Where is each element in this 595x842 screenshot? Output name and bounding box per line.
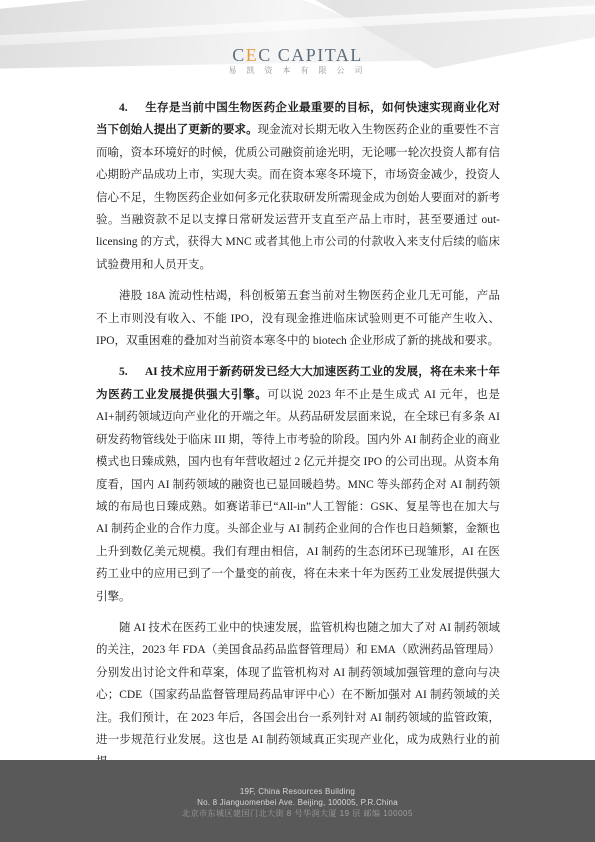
document-body: 4.生存是当前中国生物医药企业最重要的目标，如何快速实现商业化对当下创始人提出了… <box>0 88 595 774</box>
footer-address-line-1: 19F, China Resources Building <box>0 786 595 797</box>
logo-accent-letter: E <box>246 45 259 65</box>
paragraph-regulation: 随 AI 技术在医药工业中的快速发展，监管机构也随之加大了对 AI 制药领域的关… <box>96 617 500 774</box>
paragraph-text: 现金流对长期无收入生物医药企业的重要性不言而喻，资本环境好的时候，优质公司融资前… <box>96 124 500 270</box>
paragraph-number: 5. <box>119 366 128 378</box>
company-logo-wordmark: CEC CAPITAL <box>0 46 595 64</box>
footer-address-line-3: 北京市东城区建国门北大街 8 号华润大厦 19 层 邮编 100005 <box>0 808 595 820</box>
paragraph-hkex-18a: 港股 18A 流动性枯竭，科创板第五套当前对生物医药企业几无可能，产品不上市则没… <box>96 285 500 352</box>
paragraph-text: 随 AI 技术在医药工业中的快速发展，监管机构也随之加大了对 AI 制药领域的关… <box>96 622 500 768</box>
company-logo-chinese-name: 易 凯 资 本 有 限 公 司 <box>0 67 595 75</box>
footer-address-bar: 19F, China Resources Building No. 8 Jian… <box>0 760 595 842</box>
paragraph-text: 可以说 2023 年不止是生成式 AI 元年，也是 AI+制药领域迈向产业化的开… <box>96 389 500 603</box>
paragraph-4: 4.生存是当前中国生物医药企业最重要的目标，如何快速实现商业化对当下创始人提出了… <box>96 97 500 276</box>
logo-letters: C CAPITAL <box>258 45 363 65</box>
header-banner: CEC CAPITAL 易 凯 资 本 有 限 公 司 <box>0 0 595 88</box>
logo-letter: C <box>232 45 246 65</box>
document-page: CEC CAPITAL 易 凯 资 本 有 限 公 司 4.生存是当前中国生物医… <box>0 0 595 842</box>
paragraph-5: 5.AI 技术应用于新药研发已经大大加速医药工业的发展，将在未来十年为医药工业发… <box>96 361 500 607</box>
paragraph-text: 港股 18A 流动性枯竭，科创板第五套当前对生物医药企业几无可能，产品不上市则没… <box>96 290 500 347</box>
footer-address-line-2: No. 8 Jianguomenbei Ave. Beijing, 100005… <box>0 797 595 808</box>
paragraph-number: 4. <box>119 102 128 114</box>
company-logo: CEC CAPITAL 易 凯 资 本 有 限 公 司 <box>0 46 595 75</box>
